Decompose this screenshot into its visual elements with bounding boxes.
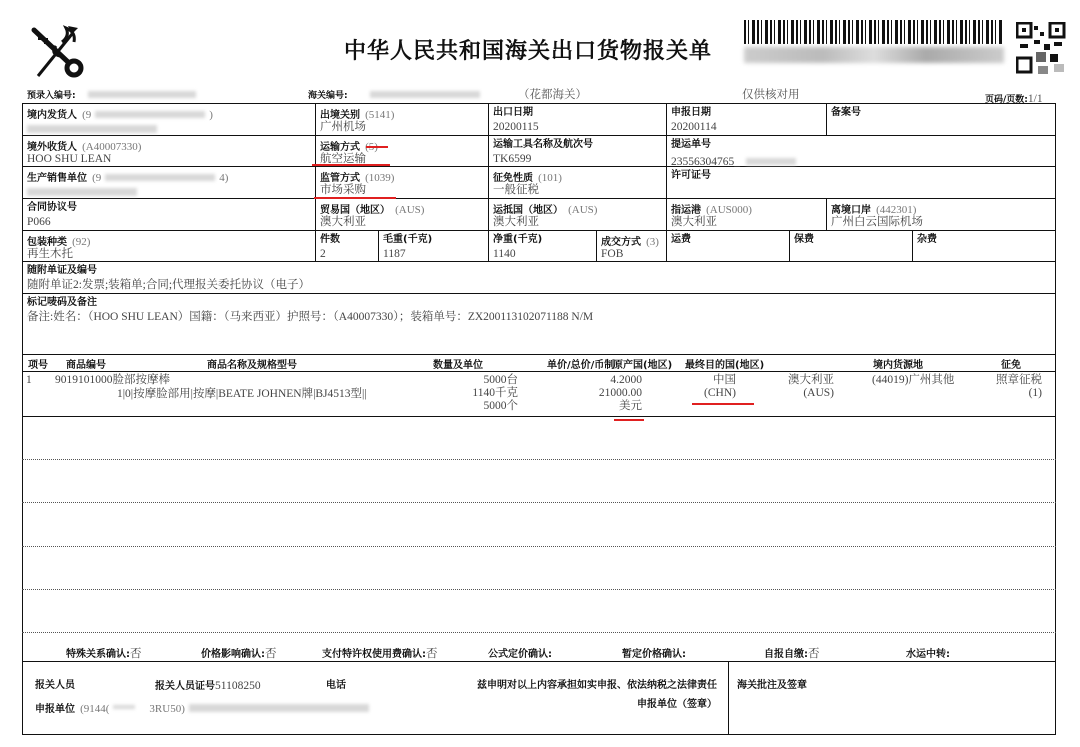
package-type-cell: 包装种类 (92) 再生木托 xyxy=(24,231,314,263)
item-spec: 1|0|按摩脸部用|按摩|BEATE JOHNEN牌|BJ4513型|| xyxy=(117,388,367,401)
col-origin: 原产国(地区) xyxy=(613,356,672,371)
documents-cell: 随附单证及编号 随附单证2:发票;装箱单;合同;代理报关委托协议（电子） xyxy=(24,262,1054,294)
declare-date-cell: 申报日期 20200114 xyxy=(668,104,825,136)
annotation-underline xyxy=(366,146,388,148)
exit-customs-cell: 出境关别 (5141) 广州机场 xyxy=(317,104,487,136)
confirm-water-transit: 水运中转: xyxy=(906,642,950,661)
item-price: 4.2000 21000.00 美元 xyxy=(560,374,642,413)
transport-tool-cell: 运输工具名称及航次号 TK6599 xyxy=(490,136,665,168)
item-qty: 5000台 1140千克 5000个 xyxy=(440,374,518,413)
annotation-underline xyxy=(692,403,754,405)
preentry-number-label: 预录入编号: xyxy=(27,88,76,101)
documents-value: 随附单证2:发票;装箱单;合同;代理报关委托协议（电子） xyxy=(27,278,1051,293)
item-no: 1 xyxy=(26,374,32,387)
record-no-cell: 备案号 xyxy=(828,104,1054,121)
levy-nature-cell: 征免性质 (101) 一般征税 xyxy=(490,167,665,199)
qr-code-icon xyxy=(1016,22,1066,74)
contract-no-value: P066 xyxy=(27,215,311,230)
marks-value: 备注:姓名：（HOO SHU LEAN）国籍：（马来西亚）护照号：（A40007… xyxy=(27,310,1051,325)
col-item-no: 项号 xyxy=(28,356,48,371)
col-price: 单价/总价/币制 xyxy=(547,356,614,371)
barcode-icon xyxy=(744,20,1004,64)
bill-of-lading-cell: 提运单号 23556304765_ xyxy=(668,136,1054,168)
marks-cell: 标记唛码及备注 备注:姓名：（HOO SHU LEAN）国籍：（马来西亚）护照号… xyxy=(24,294,1054,326)
declarant-label: 报关人员 xyxy=(35,676,75,691)
exit-port-cell: 离境口岸 (442301) 广州白云国际机场 xyxy=(828,199,1054,231)
unit-price: 4.2000 xyxy=(560,374,642,387)
domestic-shipper-cell: 境内发货人 (9) xyxy=(24,104,314,136)
item-final-dest: 澳大利亚 (AUS) xyxy=(774,374,834,400)
customs-approval-label: 海关批注及签章 xyxy=(737,676,807,691)
item-domestic-source: (44019)广州其他 xyxy=(872,374,954,387)
license-no-cell: 许可证号 xyxy=(668,167,1054,184)
pieces-value: 2 xyxy=(320,247,374,262)
annotation-underline xyxy=(614,419,644,421)
customs-number-label: 海关编号: xyxy=(308,88,348,101)
preentry-number-value xyxy=(88,91,196,98)
declare-date-value: 20200114 xyxy=(671,120,822,135)
col-levy: 征免 xyxy=(1001,356,1021,371)
domestic-shipper-value xyxy=(27,125,157,133)
levy-nature-value: 一般征税 xyxy=(493,183,662,198)
destination-country-cell: 运抵国（地区） (AUS) 澳大利亚 xyxy=(490,199,665,231)
freight-cell: 运费 xyxy=(668,231,788,248)
col-qty-unit: 数量及单位 xyxy=(433,356,483,371)
overseas-consignee-value: HOO SHU LEAN xyxy=(27,152,311,167)
customs-number-value xyxy=(370,91,480,98)
col-name-spec: 商品名称及规格型号 xyxy=(207,356,297,371)
phone-label: 电话 xyxy=(326,676,346,691)
transaction-mode-cell: 成交方式 (3) FOB xyxy=(598,231,666,263)
export-date-value: 20200115 xyxy=(493,120,662,135)
declaring-unit: 申报单位 (9144(3RU50) xyxy=(35,697,369,716)
trade-country-value: 澳大利亚 xyxy=(320,215,484,230)
confirm-price-impact: 价格影响确认:否 xyxy=(201,642,277,661)
item-hs-code: 9019101000脸部按摩棒 xyxy=(55,374,170,387)
declarant-cert: 报关人员证号51108250 xyxy=(155,674,261,693)
annotation-underline xyxy=(314,197,396,199)
confirm-special-relation: 特殊关系确认:否 xyxy=(66,642,142,661)
contract-no-cell: 合同协议号 P066 xyxy=(24,199,314,231)
supervision-mode-cell: 监管方式 (1039) 市场采购 xyxy=(317,167,487,199)
verify-only-note: 仅供核对用 xyxy=(742,86,800,102)
supervision-mode-value: 市场采购 xyxy=(320,183,484,198)
destination-country-value: 澳大利亚 xyxy=(493,215,662,230)
net-weight-value: 1140 xyxy=(493,247,592,262)
col-hs-code: 商品编号 xyxy=(66,356,106,371)
confirm-self-declare: 自报自缴:否 xyxy=(764,642,820,661)
misc-fee-cell: 杂费 xyxy=(914,231,1054,248)
total-price: 21000.00 xyxy=(560,387,642,400)
producer-cell: 生产销售单位 (94) xyxy=(24,167,314,199)
annotation-underline xyxy=(312,164,390,166)
item-name: 脸部按摩棒 xyxy=(113,374,171,386)
trade-country-cell: 贸易国（地区） (AUS) 澳大利亚 xyxy=(317,199,487,231)
confirm-provisional-price: 暂定价格确认: xyxy=(622,642,686,661)
document-title: 中华人民共和国海关出口货物报关单 xyxy=(344,34,712,65)
item-levy: 照章征税 (1) xyxy=(980,374,1042,400)
exit-customs-value: 广州机场 xyxy=(320,120,484,135)
exit-port-value: 广州白云国际机场 xyxy=(831,215,1051,230)
overseas-consignee-cell: 境外收货人 (A40007330) HOO SHU LEAN xyxy=(24,136,314,168)
currency: 美元 xyxy=(560,400,642,413)
legal-statement: 兹申明对以上内容承担如实申报、依法纳税之法律责任 xyxy=(477,676,717,691)
declarant-cert-value: 51108250 xyxy=(215,680,261,692)
package-type-value: 再生木托 xyxy=(27,247,311,262)
item-origin: 中国 (CHN) xyxy=(676,374,736,400)
confirm-royalty: 支付特许权使用费确认:否 xyxy=(322,642,438,661)
port-of-destination-value: 澳大利亚 xyxy=(671,215,822,230)
customs-emblem-icon xyxy=(28,22,88,80)
producer-value xyxy=(27,188,137,196)
gross-weight-value: 1187 xyxy=(383,247,484,262)
gross-weight-cell: 毛重(千克) 1187 xyxy=(380,231,487,263)
confirm-formula-pricing: 公式定价确认: xyxy=(488,642,552,661)
net-weight-cell: 净重(千克) 1140 xyxy=(490,231,595,263)
col-domestic-source: 境内货源地 xyxy=(873,356,923,371)
col-final-dest: 最终目的国(地区) xyxy=(685,356,764,371)
insurance-cell: 保费 xyxy=(791,231,911,248)
port-of-destination-cell: 指运港 (AUS000) 澳大利亚 xyxy=(668,199,825,231)
transaction-mode-value: FOB xyxy=(601,247,663,262)
transport-tool-value: TK6599 xyxy=(493,152,662,167)
customs-office: （花都海关） xyxy=(518,86,587,102)
export-date-cell: 出口日期 20200115 xyxy=(490,104,665,136)
pieces-cell: 件数 2 xyxy=(317,231,377,263)
declaring-unit-seal: 申报单位（签章） xyxy=(637,695,717,710)
